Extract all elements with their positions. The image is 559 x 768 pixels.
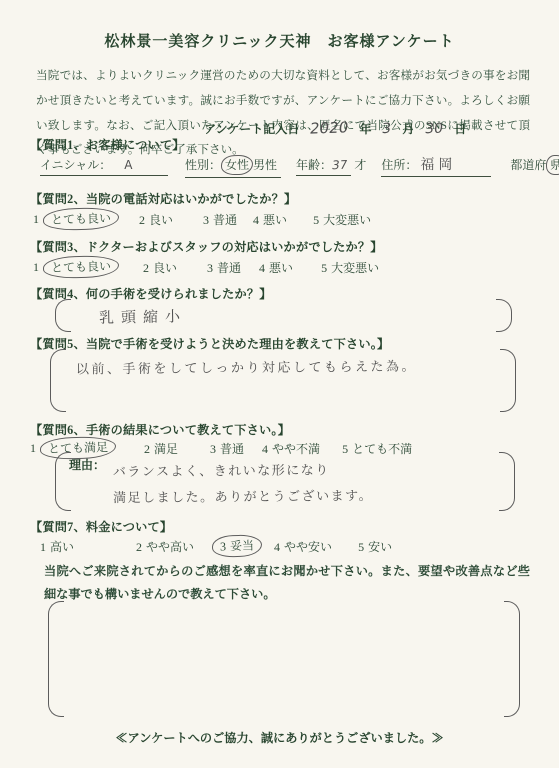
date-year-unit: 年 xyxy=(359,122,371,136)
q2-option-3: 3普通 xyxy=(203,211,237,228)
feedback-prompt: 当院へご来院されてからのご感想を率直にお聞かせ下さい。また、要望や改善点など些細… xyxy=(44,560,530,606)
q2-options: 1とても良い 2良い 3普通 4悪い 5大変悪い xyxy=(33,208,371,230)
option-label: 高い xyxy=(50,540,74,554)
q5-answer-box: 以前、手術をしてしっかり対応してもらえた為。 xyxy=(50,349,516,412)
option-number: 4 xyxy=(253,213,259,227)
date-day-handwritten: 30 xyxy=(424,121,444,138)
gender-field: 性別：女性男性 xyxy=(185,155,281,178)
selected-circle: 妥当 xyxy=(230,539,254,554)
option-number: 3 xyxy=(203,213,209,227)
q7-option-4: 4やや安い xyxy=(274,538,332,555)
age-label: 年齢： xyxy=(296,158,332,172)
thanks-message: ≪アンケートへのご協力、誠にありがとうございました。≫ xyxy=(0,729,559,746)
option-number: 1 xyxy=(33,260,39,274)
date-day-unit: 日 xyxy=(454,122,466,136)
option-number: 2 xyxy=(136,540,142,554)
q2-header: 【質問2、当院の電話対応はいかがでしたか？】 xyxy=(30,190,296,207)
option-label: 悪い xyxy=(269,261,293,275)
address-label: 住所： xyxy=(381,158,417,172)
survey-document: 松林景一美容クリニック天神 お客様アンケート 当院では、よりよいクリニック運営の… xyxy=(0,0,559,768)
q2-option-4: 4悪い xyxy=(253,211,287,228)
q7-header: 【質問7、料金について】 xyxy=(30,518,172,535)
q6-reason-line-2: 満足しました。ありがとうございます。 xyxy=(113,484,373,512)
option-number: 4 xyxy=(259,261,265,275)
age-field: 年齢：37 xyxy=(296,156,351,176)
selected-circle: とても良い xyxy=(43,255,120,279)
option-number: 2 xyxy=(139,213,145,227)
initial-label: イニシャル： xyxy=(40,158,111,172)
q6-reason-handwritten: バランスよく、きれいな形になり 満足しました。ありがとうございます。 xyxy=(113,458,373,512)
address-value-handwritten: 福岡 xyxy=(420,157,456,173)
q3-option-4: 4悪い xyxy=(259,259,293,276)
page-title: 松林景一美容クリニック天神 お客様アンケート xyxy=(0,30,559,51)
address-suffix: 都道府県 xyxy=(510,158,559,172)
selected-circle: とても良い xyxy=(43,207,120,231)
q6-reason-box: 理由： バランスよく、きれいな形になり 満足しました。ありがとうございます。 xyxy=(55,452,515,511)
option-label: 普通 xyxy=(217,261,241,275)
option-number: 1 xyxy=(30,441,36,455)
option-label: やや安い xyxy=(284,540,332,554)
option-number: 5 xyxy=(313,213,319,227)
option-label: 良い xyxy=(149,213,173,227)
option-number: 1 xyxy=(40,540,46,554)
q6-header: 【質問6、手術の結果について教えて下さい。】 xyxy=(30,421,290,438)
q3-option-3: 3普通 xyxy=(207,259,241,276)
option-label: 悪い xyxy=(263,213,287,227)
address-suffix-circled: 県 xyxy=(546,155,559,176)
option-label: 普通 xyxy=(213,213,237,227)
option-number: 5 xyxy=(321,261,327,275)
option-number: 3 xyxy=(207,261,213,275)
option-label: やや高い xyxy=(146,540,194,554)
q1-header: 【質問1、お客様について】 xyxy=(30,136,185,153)
age-value-handwritten: 37 xyxy=(331,158,348,173)
option-number: 3 xyxy=(220,539,226,553)
q1-fields: イニシャル： A 性別：女性男性 年齢：37 才 住所： 福岡 都道府県 xyxy=(40,154,559,178)
gender-male: 男性 xyxy=(253,158,277,172)
q3-option-5: 5大変悪い xyxy=(321,259,379,276)
q3-option-1-selected: 1とても良い xyxy=(33,256,119,278)
option-number: 5 xyxy=(358,540,364,554)
address-field: 住所： 福岡 xyxy=(381,154,491,177)
date-year-handwritten: 2020 xyxy=(309,118,350,137)
initial-field: イニシャル： A xyxy=(40,156,168,176)
age-unit: 才 xyxy=(354,158,366,172)
q7-option-5: 5安い xyxy=(358,538,392,555)
date-label: アンケート記入日 xyxy=(204,122,299,136)
q7-option-3-selected: 3妥当 xyxy=(212,534,263,557)
feedback-answer-box xyxy=(48,601,520,717)
date-month-handwritten: 3 xyxy=(381,121,392,137)
q4-answer-box: 乳頭縮小 xyxy=(55,299,512,332)
option-number: 4 xyxy=(274,540,280,554)
address-suffix-text: 都道府 xyxy=(510,158,546,172)
gender-female-circled: 女性 xyxy=(221,155,254,176)
q2-option-2: 2良い xyxy=(139,211,173,228)
option-label: 良い xyxy=(153,261,177,275)
option-number: 2 xyxy=(143,261,149,275)
gender-label: 性別： xyxy=(185,158,221,172)
initial-value-handwritten: A xyxy=(124,158,132,172)
q4-answer-handwritten: 乳頭縮小 xyxy=(99,305,187,328)
q3-option-2: 2良い xyxy=(143,259,177,276)
date-month-unit: 月 xyxy=(402,122,414,136)
q7-option-2: 2やや高い xyxy=(136,538,194,555)
q6-reason-line-1: バランスよく、きれいな形になり xyxy=(113,458,373,486)
q3-options: 1とても良い 2良い 3普通 4悪い 5大変悪い xyxy=(33,256,379,278)
q2-option-5: 5大変悪い xyxy=(313,211,371,228)
option-label: 大変悪い xyxy=(323,213,371,227)
q6-reason-label: 理由： xyxy=(69,456,105,473)
option-number: 1 xyxy=(33,212,39,226)
q5-answer-handwritten: 以前、手術をしてしっかり対応してもらえた為。 xyxy=(76,356,417,378)
option-label: 安い xyxy=(368,540,392,554)
survey-date-line: アンケート記入日 2020 年 3 月 30 日 xyxy=(204,119,474,137)
q7-options: 1高い 2やや高い 3妥当 4やや安い 5安い xyxy=(40,535,392,557)
q2-option-1-selected: 1とても良い xyxy=(33,208,119,230)
q3-header: 【質問3、ドクターおよびスタッフの対応はいかがでしたか？】 xyxy=(30,238,383,255)
option-label: 大変悪い xyxy=(331,261,379,275)
q7-option-1: 1高い xyxy=(40,538,74,555)
